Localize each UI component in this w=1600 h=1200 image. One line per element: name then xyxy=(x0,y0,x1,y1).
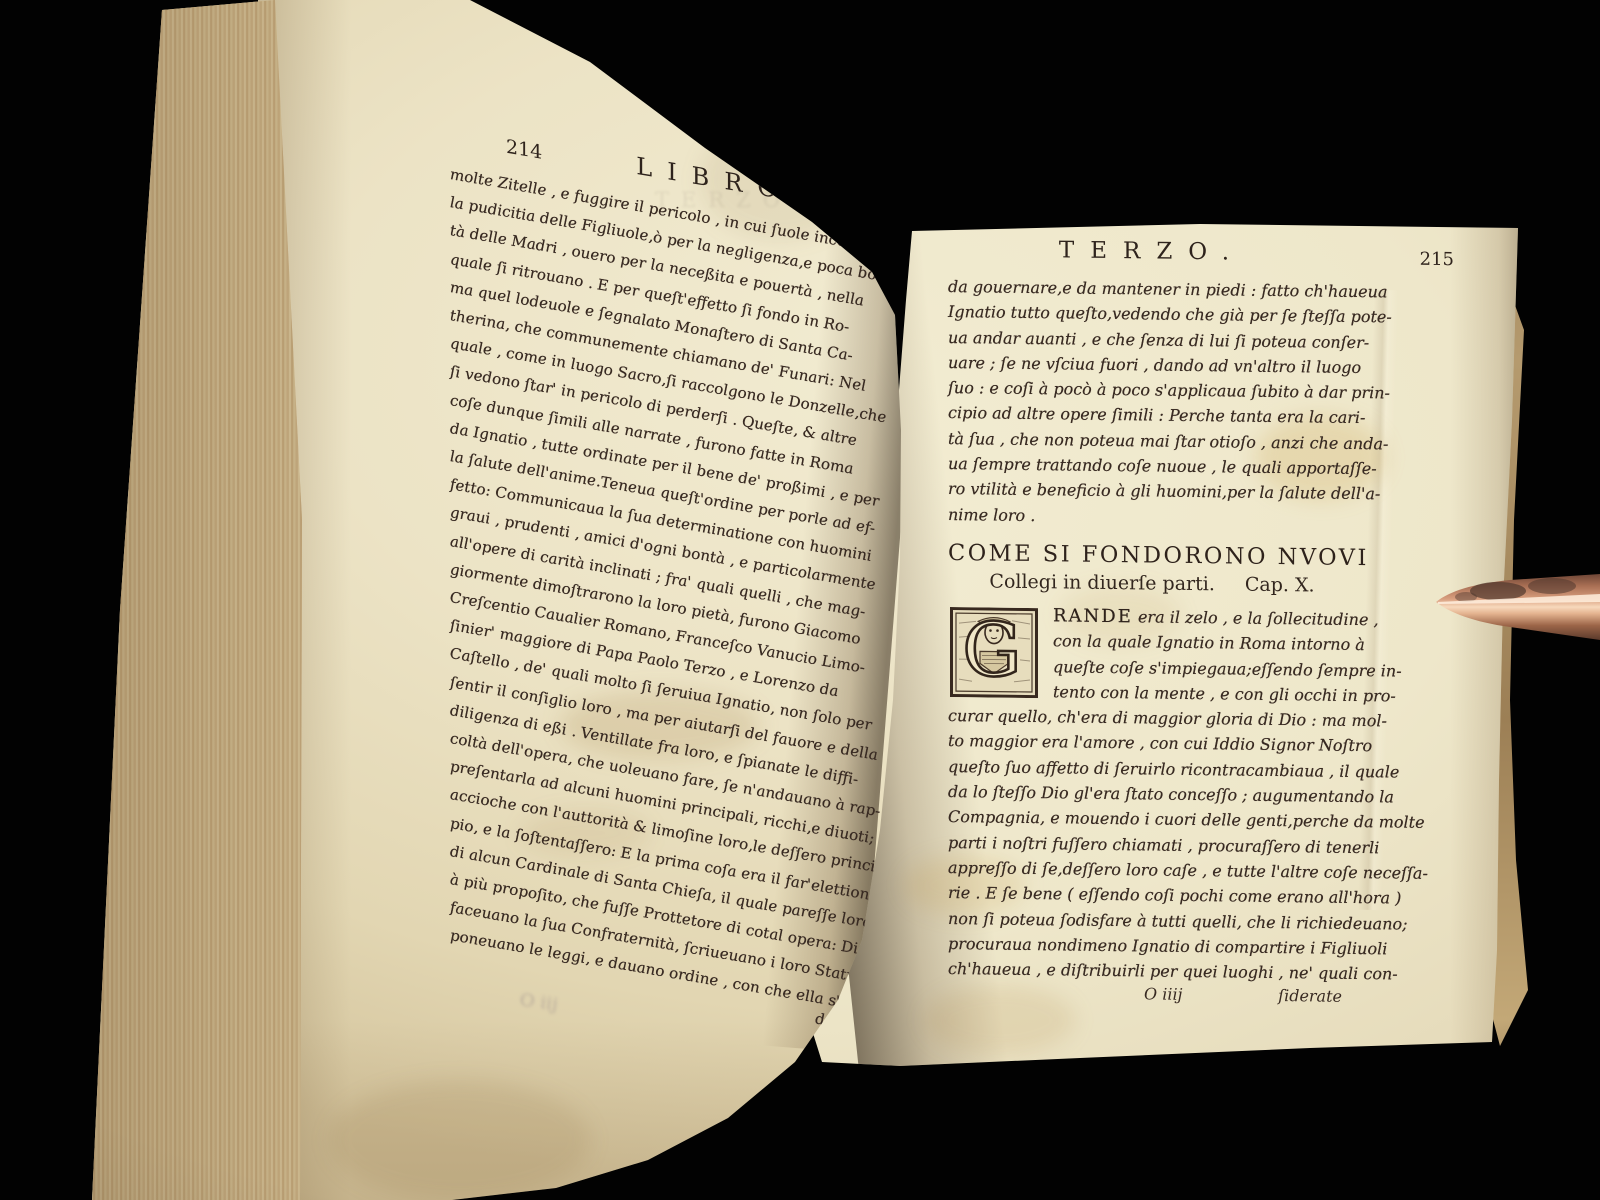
ghost-show-through-bottom: O iij xyxy=(520,989,558,1015)
right-paragraph-line: ch'haueua , e diſtribuirli per quei luog… xyxy=(948,956,1356,986)
running-header-terzo: TERZO. xyxy=(1059,237,1245,265)
woodcut-initial-g: G xyxy=(950,607,1038,698)
stain xyxy=(330,1080,590,1200)
paragraph-full-lines: curar quello, ch'era di maggior gloria d… xyxy=(948,703,1356,986)
right-body-lines: da gouernare,e da mantener in piedi : fa… xyxy=(948,274,1356,532)
chapter-subheading: Collegi in diuerſe parti.Cap. X. xyxy=(948,570,1356,597)
first-line-rest: era il zelo , e la ſollecitudine , xyxy=(1133,607,1379,629)
chapter-heading: COME SI FONDORONO NVOVI xyxy=(948,540,1356,571)
right-page-text-block: TERZO. 215 da gouernare,e da mantener in… xyxy=(948,236,1356,1006)
right-running-header: TERZO. 215 xyxy=(948,236,1356,279)
left-body-lines: molte Zitelle , e fuggire il pericolo , … xyxy=(450,160,920,1030)
signature-mark: O iiij xyxy=(1144,985,1183,1004)
page-number-215: 215 xyxy=(1420,249,1454,270)
right-body-line: nime loro . xyxy=(948,502,1356,532)
page-number-214: 214 xyxy=(506,136,542,164)
copper-pointer-art xyxy=(1424,550,1600,656)
pointer-tarnish xyxy=(1470,582,1526,600)
drop-cap-letter: G xyxy=(962,607,1021,694)
pointer-body xyxy=(1436,574,1600,640)
chapter-number: Cap. X. xyxy=(1245,574,1315,597)
left-page-text-block: 214 LIBRO molte Zitelle , e fuggire il p… xyxy=(450,106,920,1045)
pointer-tarnish xyxy=(1528,578,1576,594)
chapter-subheading-text: Collegi in diuerſe parti. xyxy=(989,570,1214,595)
copper-pointer xyxy=(1424,550,1600,660)
book-photograph: TERZO. 215 da gouernare,e da mantener in… xyxy=(0,0,1600,1200)
catchword-right: ſiderate xyxy=(1278,986,1356,1006)
drop-cap-lead-word: RANDE xyxy=(1053,605,1133,627)
woodcut-initial-g-art: G xyxy=(950,607,1038,698)
chapter-paragraph: G RANDE era il zelo , e la ſollecitudine… xyxy=(948,602,1356,986)
